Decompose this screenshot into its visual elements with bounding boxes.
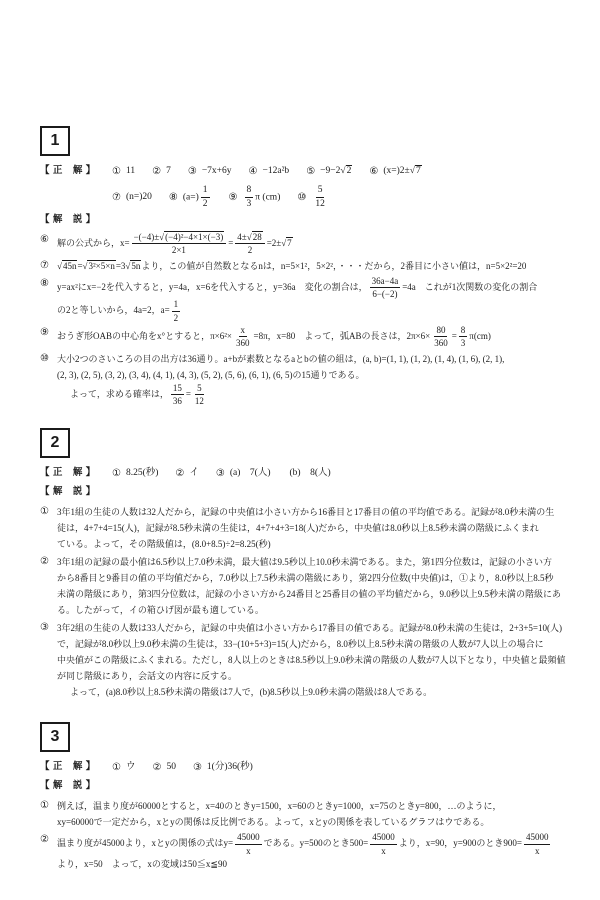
answer-value: 50 [166,759,176,776]
square-root: √3²×5×n [83,260,116,271]
kaisetsu-label: 【 解 説 】 [40,212,576,229]
answer-value: (x=)2±√7 [383,163,421,180]
fraction-denominator: 2 [246,244,255,255]
fraction-numerator: 45000 [370,832,397,844]
explanation-line: ている。よって，その階級値は，(8.0+8.5)÷2=8.25(秒) [57,536,576,552]
answer-item: ②7 [152,163,171,180]
explanation-line: √45n=√3²×5×n=3√5nより，この値が自然数となるnは，n=5×1²，… [57,258,576,274]
fraction: 45000x [370,832,397,856]
radicand: 7 [286,237,293,248]
circled-number: ⑧ [40,276,57,323]
circled-number: ⑨ [40,325,57,349]
section-3: 3【 正 解 】①ウ②50③1(分)36(秒)【 解 説 】①例えば，温まり度が… [40,722,576,872]
explanation-line: 徒は，4+7+4=15(人)，記録が8.5秒未満の生徒は，4+7+4+3=18(… [57,520,576,536]
explanation-line: y=ax²にx=−2を代入すると，y=4a，x=6を代入すると，y=36a 変化… [57,276,576,300]
answer-item: ②50 [152,759,175,776]
radicand: (−4)²−4×1×(−3) [164,231,224,242]
explanation-line: おうぎ形OABの中心角をx°とすると，π×6²×x360=8π，x=80 よって… [57,325,576,349]
circled-number: ⑩ [40,351,57,407]
answer-sheet-page: 1【 正 解 】①11②7③−7x+6y④−12a²b⑤−9−2√2⑥(x=)2… [0,0,600,900]
answer-rows: ①8.25(秒)②イ③(a) 7(人) (b) 8(人) [112,465,331,482]
answer-item: ④−12a²b [249,163,290,180]
fraction-denominator: 3 [459,337,468,348]
answer-row: ①11②7③−7x+6y④−12a²b⑤−9−2√2⑥(x=)2±√7 [112,163,422,180]
answer-item: ⑩512 [297,185,328,210]
answer-value: (n=)20 [126,189,152,206]
circled-number: ② [152,163,161,180]
answer-item: ③(a) 7(人) (b) 8(人) [216,465,331,482]
circled-number: ③ [193,759,202,776]
explanation-body: 温まり度が45000より，xとyの関係の式はy=45000xである。y=500の… [57,832,576,872]
circled-number: ④ [249,163,258,180]
fraction-numerator: 15 [171,383,184,395]
explanation-body: y=ax²にx=−2を代入すると，y=4a，x=6を代入すると，y=36a 変化… [57,276,576,323]
radicand: 3²×5×n [87,260,115,271]
circled-number: ③ [216,465,225,482]
document: 1【 正 解 】①11②7③−7x+6y④−12a²b⑤−9−2√2⑥(x=)2… [0,0,600,872]
section-number-box: 1 [40,126,70,156]
answer-rows: ①11②7③−7x+6y④−12a²b⑤−9−2√2⑥(x=)2±√7⑦(n=)… [112,163,422,210]
fraction: 83 [245,185,254,210]
fraction: 12 [201,185,210,210]
explanation-line: 温まり度が45000より，xとyの関係の式はy=45000xである。y=500の… [57,832,576,856]
explanation-item: ⑧y=ax²にx=−2を代入すると，y=4a，x=6を代入すると，y=36a 変… [40,276,576,323]
fraction-denominator: 36 [171,395,184,406]
fraction-numerator: 45000 [524,832,551,844]
explanation-line: 解の公式から，x=−(−4)±√(−4)²−4×1×(−3)2×1=4±√282… [57,232,576,256]
circled-number: ① [112,465,121,482]
fraction: 512 [193,383,206,407]
section-1: 1【 正 解 】①11②7③−7x+6y④−12a²b⑤−9−2√2⑥(x=)2… [40,126,576,406]
explanation-line: る。したがって，イの箱ひげ図が最も適している。 [57,602,576,618]
answer-item: ②イ [175,465,198,482]
fraction: 512 [313,185,327,210]
circled-number: ③ [188,163,197,180]
seikai-label: 【 正 解 】 [40,163,112,180]
fraction-numerator: 45000 [235,832,262,844]
fraction-numerator: 8 [245,185,254,198]
answer-value: −12a²b [263,163,290,180]
answer-value: 512 [311,185,329,210]
answer-item: ③1(分)36(秒) [193,759,253,776]
explanation-line: (2, 3), (2, 5), (3, 2), (3, 4), (4, 1), … [57,367,576,383]
circled-number: ⑥ [369,163,378,180]
answer-row: ①ウ②50③1(分)36(秒) [112,759,253,776]
explanation-line: 3年2組の生徒の人数は33人だから，記録の中央値は小さい方から17番目の値である… [57,620,576,636]
fraction-numerator: 5 [316,185,325,198]
explanation-line: が同じ階級にあり，会話文の内容に反する。 [57,668,576,684]
circled-number: ① [40,798,57,830]
explanation-line: 3年1組の生徒の人数は32人だから，記録の中央値は小さい方から16番目と17番目… [57,504,576,520]
fraction: 80360 [432,325,450,349]
answer-value: −7x+6y [202,163,232,180]
circled-number: ① [112,759,121,776]
square-root: √7 [410,165,422,176]
explanation-line: から8番目と9番目の値の平均値だから，7.0秒以上7.5秒未満の階級にあり，第2… [57,570,576,586]
answer-value: イ [189,465,199,482]
fraction: 36a−4a6−(−2) [370,276,401,300]
explanation-line: よって，(a)8.0秒以上8.5秒未満の階級は7人で，(b)8.5秒以上9.0秒… [57,684,576,700]
explanation-item: ⑦√45n=√3²×5×n=3√5nより，この値が自然数となるnは，n=5×1²… [40,258,576,274]
square-root: √45n [57,260,77,271]
explanation-line: xy=60000で一定だから，xとyの関係は反比例である。よって，xとyの関係を… [57,814,576,830]
circled-number: ⑨ [229,189,238,206]
explanation-item: ①3年1組の生徒の人数は32人だから，記録の中央値は小さい方から16番目と17番… [40,504,576,552]
fraction: 83 [459,325,468,349]
fraction-numerator: 5 [195,383,204,395]
circled-number: ⑦ [112,189,121,206]
fraction-numerator: x [239,325,248,337]
explanation-body: 大小2つのさいころの目の出方は36通り。a+bが素数となるaとbの値の組は，(a… [57,351,576,407]
explanation-line: 中央値がこの階級にふくまれる。ただし，8人以上のときは8.5秒以上9.0秒未満の… [57,652,576,668]
circled-number: ② [40,554,57,618]
explanation-line: の2と等しいから，4a=2，a=12 [57,299,576,323]
fraction: x360 [234,325,252,349]
fraction: 4±√282 [235,232,264,256]
answer-item: ①ウ [112,759,135,776]
fraction-numerator: 4±√28 [235,232,264,244]
fraction-denominator: x [533,845,542,856]
correct-answer-block: 【 正 解 】①11②7③−7x+6y④−12a²b⑤−9−2√2⑥(x=)2±… [40,163,576,210]
circled-number: ② [152,759,161,776]
fraction-denominator: x [244,845,253,856]
fraction: 1536 [171,383,184,407]
correct-answer-block: 【 正 解 】①8.25(秒)②イ③(a) 7(人) (b) 8(人) [40,465,576,482]
fraction-denominator: 12 [313,198,327,210]
section-number-box: 2 [40,428,70,458]
radicand: 7 [415,165,422,176]
explanation-item: ②3年1組の記録の最小値は6.5秒以上7.0秒未満，最大値は9.5秒以上10.0… [40,554,576,618]
fraction-denominator: 2 [201,198,210,210]
fraction-denominator: 360 [234,337,252,348]
explanation-body: 3年1組の記録の最小値は6.5秒以上7.0秒未満，最大値は9.5秒以上10.0秒… [57,554,576,618]
circled-number: ⑩ [297,189,306,206]
correct-answer-block: 【 正 解 】①ウ②50③1(分)36(秒) [40,759,576,776]
explanation-line: 未満の階級にあり，第3四分位数は，記録の小さい方から24番目と25番目の値の平均… [57,586,576,602]
answer-item: ⑨83π (cm) [229,185,281,210]
answer-value: (a) 7(人) (b) 8(人) [230,465,331,482]
fraction-numerator: 1 [172,299,181,311]
explanation-body: √45n=√3²×5×n=3√5nより，この値が自然数となるnは，n=5×1²，… [57,258,576,274]
fraction-denominator: 12 [193,395,206,406]
square-root: √5n [125,260,141,271]
answer-item: ⑤−9−2√2 [306,163,352,180]
radicand: 45n [62,260,78,271]
fraction: 45000x [235,832,262,856]
square-root: √(−4)²−4×1×(−3) [159,231,224,242]
answer-item: ③−7x+6y [188,163,232,180]
circled-number: ② [175,465,184,482]
answer-value: 1(分)36(秒) [207,759,253,776]
fraction-denominator: 6−(−2) [370,288,399,299]
explanation-line: 例えば，温まり度が60000とすると，x=40のときy=1500，x=60のとき… [57,798,576,814]
explanation-item: ⑨おうぎ形OABの中心角をx°とすると，π×6²×x360=8π，x=80 よっ… [40,325,576,349]
explanation-body: おうぎ形OABの中心角をx°とすると，π×6²×x360=8π，x=80 よって… [57,325,576,349]
answer-value: ウ [126,759,136,776]
explanation-body: 3年1組の生徒の人数は32人だから，記録の中央値は小さい方から16番目と17番目… [57,504,576,552]
answer-value: 83π (cm) [243,185,281,210]
explanation-body: 3年2組の生徒の人数は33人だから，記録の中央値は小さい方から17番目の値である… [57,620,576,700]
fraction-denominator: x [379,845,388,856]
answer-value: 7 [166,163,171,180]
explanation-line: より，x=50 よって，xの変域は50≦x≦90 [57,856,576,872]
circled-number: ① [112,163,121,180]
fraction: 45000x [524,832,551,856]
fraction-denominator: 3 [245,198,254,210]
fraction: −(−4)±√(−4)²−4×1×(−3)2×1 [132,232,227,256]
fraction-numerator: 80 [434,325,447,337]
square-root: √2 [340,165,352,176]
explanation-item: ③3年2組の生徒の人数は33人だから，記録の中央値は小さい方から17番目の値であ… [40,620,576,700]
circled-number: ⑤ [306,163,315,180]
fraction-denominator: 2×1 [170,244,188,255]
answer-value: (a=)12 [183,185,212,210]
explanation-line: で，記録が8.0秒以上9.0秒未満の生徒は，33−(10+5+3)=15(人)だ… [57,636,576,652]
fraction-denominator: 2 [172,312,181,323]
kaisetsu-label: 【 解 説 】 [40,778,576,795]
kaisetsu-label: 【 解 説 】 [40,484,576,501]
seikai-label: 【 正 解 】 [40,759,112,776]
circled-number: ⑧ [169,189,178,206]
answer-row: ①8.25(秒)②イ③(a) 7(人) (b) 8(人) [112,465,331,482]
explanation-item: ②温まり度が45000より，xとyの関係の式はy=45000xである。y=500… [40,832,576,872]
circled-number: ③ [40,620,57,700]
fraction-numerator: 8 [459,325,468,337]
fraction-numerator: 1 [201,185,210,198]
section-2: 2【 正 解 】①8.25(秒)②イ③(a) 7(人) (b) 8(人)【 解 … [40,428,576,700]
circled-number: ① [40,504,57,552]
section-number-box: 3 [40,722,70,752]
fraction-numerator: 36a−4a [370,276,401,288]
radicand: 28 [252,231,263,242]
explanation-line: よって，求める確率は，1536=512 [57,383,576,407]
explanation-body: 例えば，温まり度が60000とすると，x=40のときy=1500，x=60のとき… [57,798,576,830]
answer-value: −9−2√2 [320,163,352,180]
explanation-item: ⑩大小2つのさいころの目の出方は36通り。a+bが素数となるaとbの値の組は，(… [40,351,576,407]
explanation-line: 大小2つのさいころの目の出方は36通り。a+bが素数となるaとbの値の組は，(a… [57,351,576,367]
fraction-numerator: −(−4)±√(−4)²−4×1×(−3) [132,232,227,244]
seikai-label: 【 正 解 】 [40,465,112,482]
fraction: 12 [172,299,181,323]
answer-item: ①8.25(秒) [112,465,158,482]
answer-item: ⑥(x=)2±√7 [369,163,421,180]
explanation-line: 3年1組の記録の最小値は6.5秒以上7.0秒未満，最大値は9.5秒以上10.0秒… [57,554,576,570]
circled-number: ⑥ [40,232,57,256]
explanation-body: 解の公式から，x=−(−4)±√(−4)²−4×1×(−3)2×1=4±√282… [57,232,576,256]
circled-number: ② [40,832,57,872]
fraction-denominator: 360 [432,337,450,348]
answer-rows: ①ウ②50③1(分)36(秒) [112,759,253,776]
answer-row: ⑦(n=)20⑧(a=)12⑨83π (cm)⑩512 [112,185,422,210]
answer-value: 11 [126,163,135,180]
square-root: √7 [281,237,292,248]
explanation-item: ①例えば，温まり度が60000とすると，x=40のときy=1500，x=60のと… [40,798,576,830]
explanation-item: ⑥解の公式から，x=−(−4)±√(−4)²−4×1×(−3)2×1=4±√28… [40,232,576,256]
answer-item: ①11 [112,163,135,180]
circled-number: ⑦ [40,258,57,274]
radicand: 5n [130,260,141,271]
answer-item: ⑧(a=)12 [169,185,212,210]
radicand: 2 [346,165,353,176]
answer-item: ⑦(n=)20 [112,189,152,206]
square-root: √28 [247,231,263,242]
answer-value: 8.25(秒) [126,465,158,482]
